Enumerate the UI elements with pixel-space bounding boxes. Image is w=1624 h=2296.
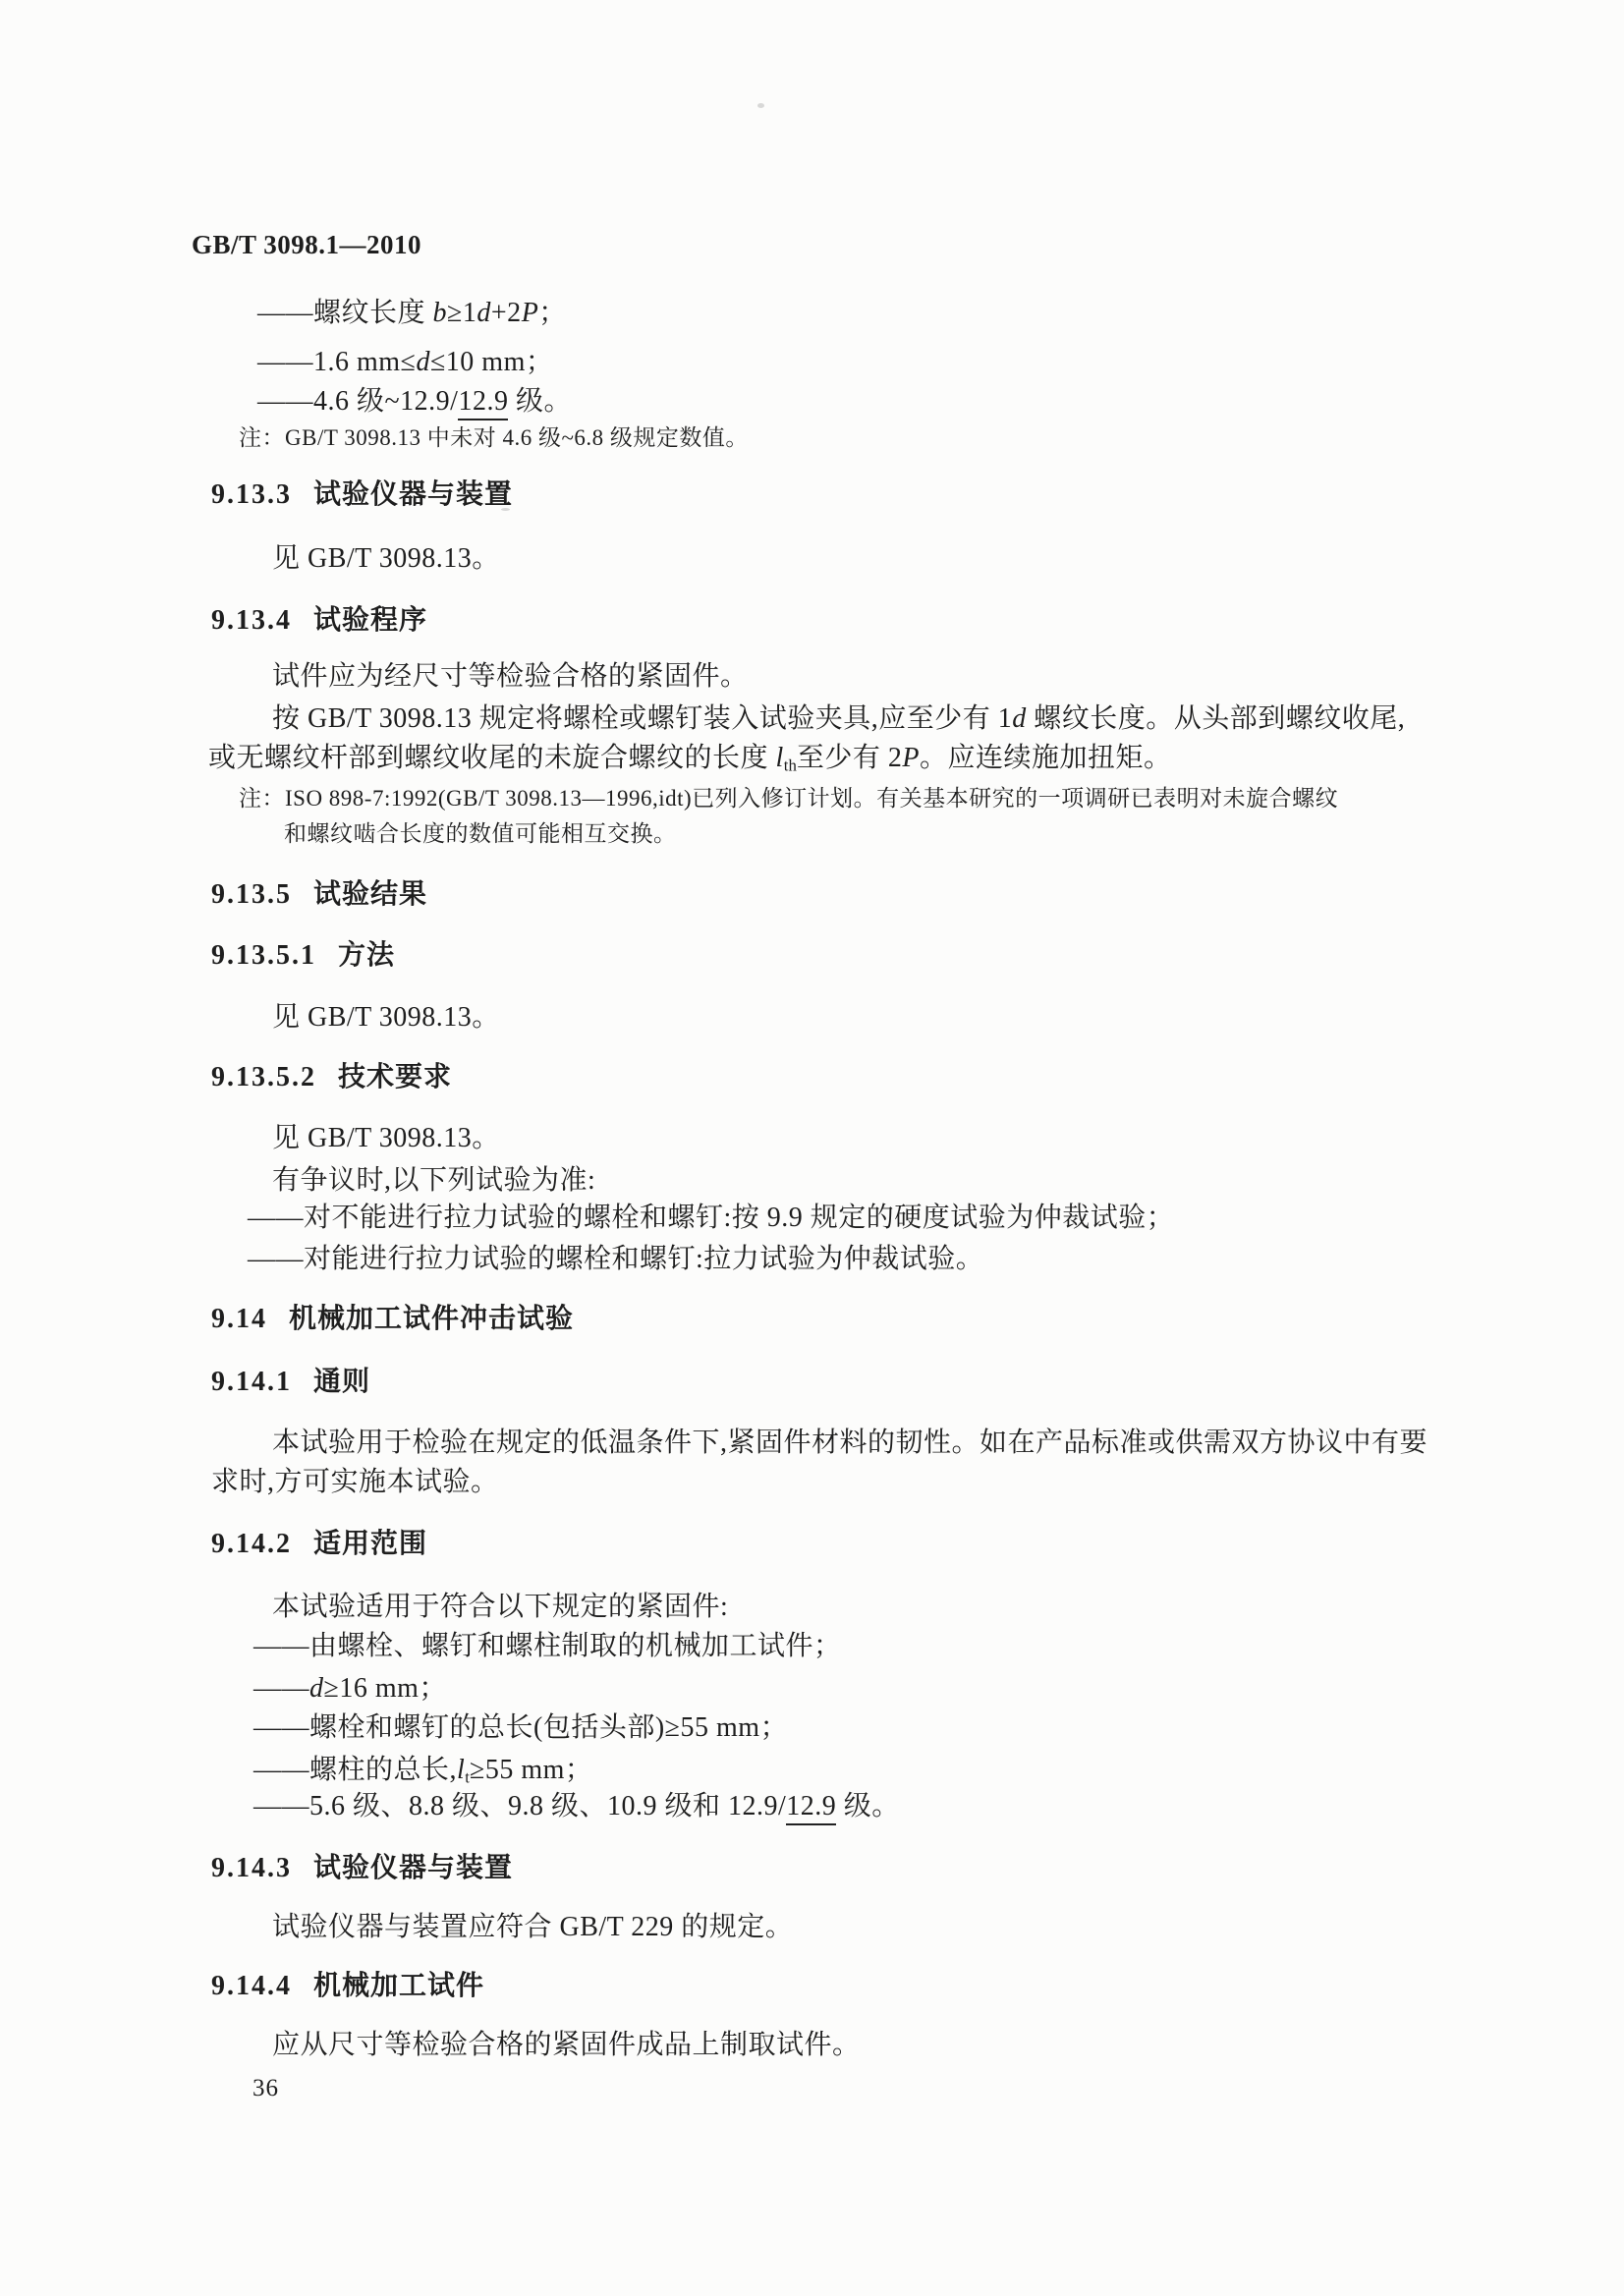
section-heading: 9.13.4试验程序 bbox=[211, 603, 427, 638]
list-item: ——1.6 mm≤d≤10 mm； bbox=[257, 345, 553, 379]
section-heading: 9.14.2适用范围 bbox=[211, 1527, 427, 1561]
paragraph: 应从尺寸等检验合格的紧固件成品上制取试件。 bbox=[272, 2028, 861, 2062]
list-item: ——由螺栓、螺钉和螺柱制取的机械加工试件； bbox=[253, 1629, 842, 1663]
scan-speck bbox=[350, 944, 356, 948]
list-item: ——对能进行拉力试验的螺栓和螺钉:拉力试验为仲裁试验。 bbox=[248, 1242, 983, 1276]
section-number: 9.14.3 bbox=[211, 1853, 292, 1883]
section-heading: 9.13.3试验仪器与装置 bbox=[211, 477, 513, 512]
section-number: 9.13.3 bbox=[211, 479, 292, 510]
paragraph: 见 GB/T 3098.13。 bbox=[272, 1000, 500, 1035]
section-heading: 9.13.5试验结果 bbox=[211, 877, 427, 912]
running-header: GB/T 3098.1—2010 bbox=[192, 229, 421, 262]
scan-speck bbox=[757, 103, 764, 108]
section-number: 9.13.5.1 bbox=[211, 940, 316, 971]
section-heading: 9.14.3试验仪器与装置 bbox=[211, 1851, 513, 1885]
list-item: ——4.6 级~12.9/12.9 级。 bbox=[257, 384, 572, 419]
list-item: ——螺柱的总长,lt≥55 mm； bbox=[253, 1753, 592, 1789]
section-title: 技术要求 bbox=[338, 1062, 452, 1092]
paragraph: 见 GB/T 3098.13。 bbox=[272, 1121, 500, 1155]
list-item: ——对不能进行拉力试验的螺栓和螺钉:按 9.9 规定的硬度试验为仲裁试验； bbox=[248, 1201, 1174, 1235]
section-number: 9.14 bbox=[211, 1304, 267, 1334]
section-title: 适用范围 bbox=[313, 1529, 427, 1559]
list-item: ——d≥16 mm； bbox=[253, 1671, 447, 1706]
section-title: 试验仪器与装置 bbox=[313, 479, 513, 510]
section-title: 机械加工试件 bbox=[313, 1971, 484, 2001]
section-title: 试验结果 bbox=[313, 879, 427, 910]
section-heading: 9.14机械加工试件冲击试验 bbox=[211, 1302, 574, 1336]
list-item: ——螺栓和螺钉的总长(包括头部)≥55 mm； bbox=[253, 1710, 788, 1745]
document-page: GB/T 3098.1—2010 ——螺纹长度 b≥1d+2P； ——1.6 m… bbox=[0, 0, 1624, 2296]
section-heading: 9.13.5.1方法 bbox=[211, 938, 395, 973]
scan-speck bbox=[501, 508, 510, 511]
note: 和螺纹啮合长度的数值可能相互交换。 bbox=[284, 820, 677, 849]
section-title: 机械加工试件冲击试验 bbox=[289, 1304, 574, 1334]
page-number: 36 bbox=[252, 2073, 279, 2103]
section-number: 9.13.4 bbox=[211, 605, 292, 636]
section-heading: 9.14.4机械加工试件 bbox=[211, 1969, 484, 2003]
section-number: 9.13.5.2 bbox=[211, 1062, 316, 1092]
section-title: 方法 bbox=[338, 940, 395, 971]
section-number: 9.13.5 bbox=[211, 879, 292, 910]
section-number: 9.14.4 bbox=[211, 1971, 292, 2001]
section-number: 9.14.1 bbox=[211, 1367, 292, 1397]
section-heading: 9.14.1通则 bbox=[211, 1365, 370, 1399]
section-title: 试验程序 bbox=[313, 605, 427, 636]
list-item: ——5.6 级、8.8 级、9.8 级、10.9 级和 12.9/12.9 级。 bbox=[253, 1789, 900, 1823]
section-heading: 9.13.5.2技术要求 bbox=[211, 1060, 452, 1094]
paragraph: 有争议时,以下列试验为准: bbox=[272, 1163, 595, 1198]
note: 注：GB/T 3098.13 中未对 4.6 级~6.8 级规定数值。 bbox=[239, 424, 749, 453]
list-item: ——螺纹长度 b≥1d+2P； bbox=[257, 296, 567, 330]
paragraph: 按 GB/T 3098.13 规定将螺栓或螺钉装入试验夹具,应至少有 1d 螺纹… bbox=[272, 701, 1405, 736]
paragraph: 试件应为经尺寸等检验合格的紧固件。 bbox=[272, 659, 749, 694]
section-title: 通则 bbox=[313, 1367, 370, 1397]
paragraph: 本试验适用于符合以下规定的紧固件: bbox=[272, 1590, 728, 1624]
paragraph: 试验仪器与装置应符合 GB/T 229 的规定。 bbox=[272, 1910, 793, 1944]
paragraph: 求时,方可实施本试验。 bbox=[211, 1465, 499, 1499]
section-number: 9.14.2 bbox=[211, 1529, 292, 1559]
section-title: 试验仪器与装置 bbox=[313, 1853, 513, 1883]
paragraph: 见 GB/T 3098.13。 bbox=[272, 541, 500, 576]
note: 注：ISO 898-7:1992(GB/T 3098.13—1996,idt)已… bbox=[239, 785, 1338, 813]
paragraph: 或无螺纹杆部到螺纹收尾的未旋合螺纹的长度 lth至少有 2P。应连续施加扭矩。 bbox=[208, 741, 1172, 777]
paragraph: 本试验用于检验在规定的低温条件下,紧固件材料的韧性。如在产品标准或供需双方协议中… bbox=[272, 1426, 1428, 1460]
